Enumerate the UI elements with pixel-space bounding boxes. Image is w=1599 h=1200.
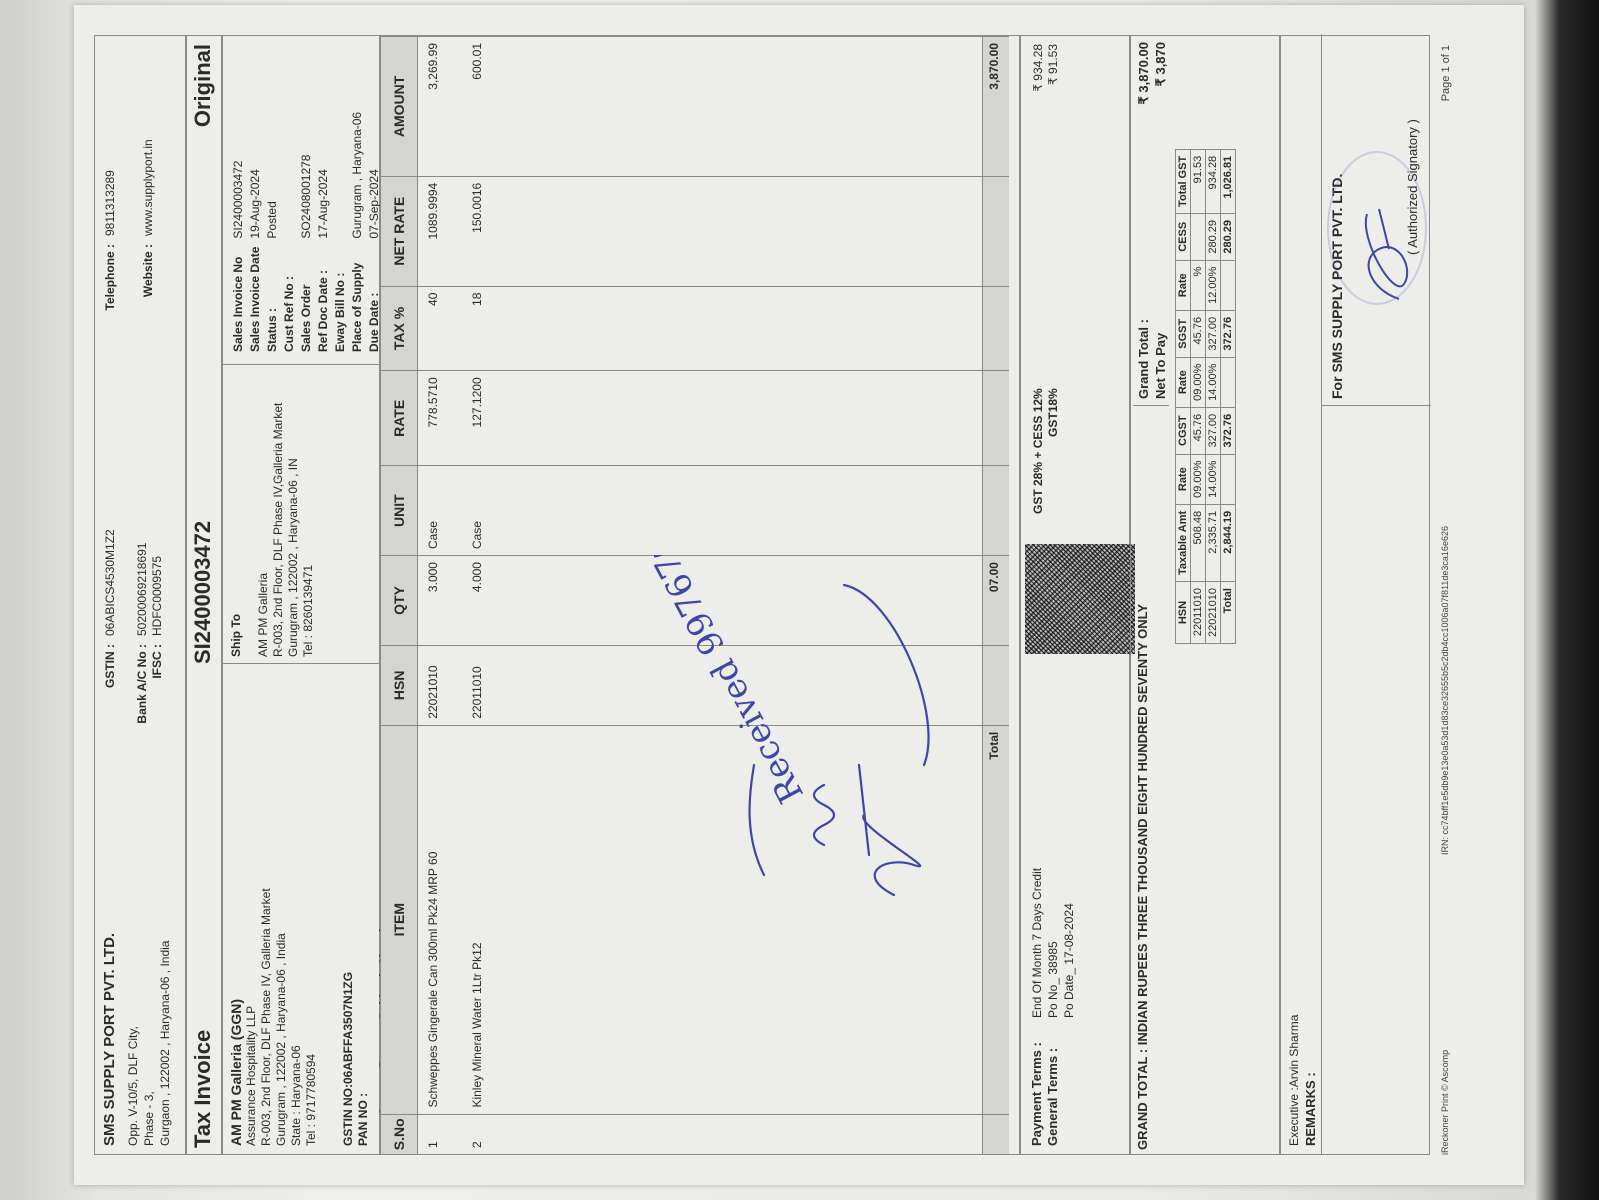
bill-to-pan: PAN NO : [356, 888, 371, 1146]
table-cell: 4.000 [462, 556, 506, 646]
copy-label: Original [190, 44, 216, 127]
invoice-meta: Sales Invoice NoSI2400003472Sales Invoic… [229, 104, 384, 354]
meta-value: Posted [265, 106, 280, 239]
invoice-sheet: SMS SUPPLY PORT PVT. LTD. Opp. V-10/5, D… [74, 5, 1524, 1185]
hsn-cell [1191, 213, 1206, 260]
hsn-cell: 14.00% [1206, 454, 1221, 504]
meta-value: 17-Aug-2024 [316, 106, 331, 239]
column-header: ITEM [381, 725, 418, 1114]
meta-value: SI2400003472 [231, 106, 246, 239]
table-row: 1Schweppes Gingerale Can 300ml Pk24 MRP … [418, 37, 463, 1155]
column-header: NET RATE [381, 176, 418, 286]
hsn-cell: 12.00% [1206, 260, 1221, 310]
hsn-row: 220210102,335.7114.00%327.0014.00%327.00… [1206, 149, 1221, 643]
meta-row: Ref Doc Date :17-Aug-2024 [316, 106, 331, 352]
general-terms-label: General Terms : [1045, 1042, 1061, 1146]
table-cell: 40 [418, 286, 463, 371]
meta-value: 19-Aug-2024 [248, 106, 263, 239]
meta-label: Ref Doc Date : [316, 241, 331, 352]
grand-total-value: ₹ 3,870.00 [1135, 42, 1152, 105]
meta-value: SO2408001278 [299, 106, 314, 239]
table-row: 2Kinley Mineral Water 1Ltr Pk12220110104… [462, 37, 506, 1155]
print-credit: iReckoner Print © Ascomp [1440, 1050, 1450, 1155]
meta-label: Eway Bill No : [333, 241, 348, 352]
table-cell: 600.01 [462, 37, 506, 177]
seller-header: SMS SUPPLY PORT PVT. LTD. Opp. V-10/5, D… [94, 35, 186, 1155]
footer-section: Executive :Arvin Sharma REMARKS : For SM… [1280, 35, 1430, 1155]
ship-to-line: Gurugram , 122002 , Haryana-06 , IN [286, 371, 301, 657]
hsn-cell: 280.29 [1221, 213, 1236, 260]
bill-to-gstin: GSTIN NO:06ABFFA3507N1ZG [341, 888, 356, 1146]
hsn-row: Total2,844.19372.76372.76280.291,026.81 [1221, 149, 1236, 643]
hsn-cell [1221, 260, 1236, 310]
seller-bank: Bank A/C No :50200069218691 [135, 543, 149, 784]
hsn-cell: Total [1221, 582, 1236, 644]
general-terms-line: Po Date_ 17-08-2024 [1061, 868, 1077, 1018]
table-cell: Case [462, 466, 506, 556]
ship-to-line: R-003, 2nd Floor, DLF Phase IV,Galleria … [271, 371, 286, 657]
hsn-cell: 372.76 [1221, 407, 1236, 454]
items-total-row: Total07.003,870.00 [983, 37, 1010, 1155]
hsn-cell: 2,844.19 [1221, 504, 1236, 581]
payment-terms-value: End Of Month 7 Days Credit [1029, 868, 1045, 1018]
bill-to-line: R-003, 2nd Floor, DLF Phase IV, Galleria… [259, 888, 274, 1146]
meta-row: Sales Invoice NoSI2400003472 [231, 106, 246, 352]
meta-row: Sales OrderSO2408001278 [299, 106, 314, 352]
table-cell: 18 [462, 286, 506, 371]
table-cell: Kinley Mineral Water 1Ltr Pk12 [462, 725, 506, 1114]
hsn-cell: 09.00% [1191, 357, 1206, 407]
hsn-cell: 327.00 [1206, 310, 1221, 357]
bill-to-line: Assurance Hospitality LLP [244, 888, 259, 1146]
hsn-summary-table: HSNTaxable AmtRateCGSTRateSGSTRateCESSTo… [1175, 149, 1236, 644]
tax-summary-amounts: ₹ 934.28 ₹ 91.53 [1031, 44, 1061, 92]
total-label: Total [983, 725, 1010, 1114]
bill-to-line: Tel : 9717780594 [304, 888, 319, 1146]
hsn-column-header: CESS [1176, 213, 1191, 260]
table-cell: 1089.9994 [418, 176, 463, 286]
bill-to-line: State : Haryana-06 [289, 888, 304, 1146]
meta-label: Sales Order [299, 241, 314, 352]
hsn-column-header: Total GST [1176, 149, 1191, 213]
meta-row: Sales Invoice Date19-Aug-2024 [248, 106, 263, 352]
grand-total-section: GRAND TOTAL : INDIAN RUPEES THREE THOUSA… [1130, 35, 1280, 1155]
hsn-cell: 14.00% [1206, 357, 1221, 407]
remarks-label: REMARKS : [1303, 1072, 1318, 1146]
qr-code [1025, 544, 1135, 654]
seller-ifsc: IFSC :HDFC0009575 [150, 556, 164, 784]
table-cell: 127.1200 [462, 371, 506, 466]
table-cell: 150.0016 [462, 176, 506, 286]
net-to-pay-value: ₹ 3,870 [1152, 42, 1169, 105]
hsn-cell: 45.76 [1191, 407, 1206, 454]
hsn-column-header: Taxable Amt [1176, 504, 1191, 581]
general-terms-line: Po No_ 38985 [1045, 868, 1061, 1018]
table-cell: 22011010 [462, 645, 506, 725]
hsn-column-header: CGST [1176, 407, 1191, 454]
column-header: S.No [381, 1114, 418, 1154]
tax-summary-labels: GST 28% + CESS 12% GST18% [1031, 388, 1061, 514]
column-header: QTY [381, 556, 418, 646]
hsn-column-header: Rate [1176, 357, 1191, 407]
meta-row: Cust Ref No : [282, 106, 297, 352]
hsn-cell: 327.00 [1206, 407, 1221, 454]
meta-label: Status : [265, 241, 280, 352]
hsn-column-header: SGST [1176, 310, 1191, 357]
title-bar: Tax Invoice SI2400003472 Original [186, 35, 222, 1155]
table-cell: 778.5710 [418, 371, 463, 466]
hsn-cell: 22011010 [1191, 582, 1206, 644]
meta-value [282, 106, 297, 239]
seller-telephone: Telephone :9811313289 [103, 170, 117, 334]
meta-label: Sales Invoice Date [248, 241, 263, 352]
column-header: TAX % [381, 286, 418, 371]
table-cell: Case [418, 466, 463, 556]
meta-value: Gurugram , Haryana-06 [350, 106, 365, 239]
page-number: Page 1 of 1 [1440, 45, 1452, 101]
hsn-cell: 2,335.71 [1206, 504, 1221, 581]
seller-address: Opp. V-10/5, DLF City, Phase - 3, Gurgao… [125, 941, 173, 1146]
meta-label: Sales Invoice No [231, 241, 246, 352]
column-header: HSN [381, 645, 418, 725]
terms-section: Payment Terms : General Terms : End Of M… [1020, 35, 1130, 1155]
hsn-cell: 09.00% [1191, 454, 1206, 504]
parties-section: AM PM Galleria (GGN) Assurance Hospitali… [222, 35, 380, 1155]
seller-website: Website :www.supplyport.in [141, 139, 155, 334]
hsn-cell: 22021010 [1206, 582, 1221, 644]
svg-text:Received 9976765780: Received 9976765780 [654, 555, 812, 810]
executive-name: Executive :Arvin Sharma [1287, 1015, 1301, 1146]
print-footer: iReckoner Print © Ascomp IRN: cc74bff1e5… [1440, 35, 1450, 1155]
bill-to: AM PM Galleria (GGN) Assurance Hospitali… [229, 888, 392, 1146]
hsn-cell: 45.76 [1191, 310, 1206, 357]
hsn-column-header: Rate [1176, 454, 1191, 504]
ship-to-line: Tel : 8260139471 [301, 371, 316, 657]
signature-box: For SMS SUPPLY PORT PVT. LTD. ( Authoriz… [1321, 33, 1431, 406]
hsn-cell: 372.76 [1221, 310, 1236, 357]
column-header: RATE [381, 371, 418, 466]
hsn-cell: 1,026.81 [1221, 149, 1236, 213]
grand-total-box: Grand Total : Net To Pay ₹ 3,870.00 ₹ 3,… [1133, 34, 1169, 406]
column-header: UNIT [381, 466, 418, 556]
hsn-cell: 91.53 [1191, 149, 1206, 213]
meta-row: Status :Posted [265, 106, 280, 352]
hsn-column-header: HSN [1176, 582, 1191, 644]
ship-to: Ship To AM PM Galleria R-003, 2nd Floor,… [223, 364, 381, 664]
hsn-cell [1221, 357, 1236, 407]
meta-label: Place of Supply [350, 241, 365, 352]
irn-number: IRN: cc74bff1e5db9e13e0a53d1d83ce32655b5… [1440, 526, 1450, 855]
ship-to-label: Ship To [229, 371, 244, 657]
hsn-row: 22011010508.4809.00%45.7609.00%45.76%91.… [1191, 149, 1206, 643]
seller-name: SMS SUPPLY PORT PVT. LTD. [101, 933, 118, 1146]
hsn-cell: 280.29 [1206, 213, 1221, 260]
bill-to-line: Gurugram , 122002 , Haryana-06 , India [274, 888, 289, 1146]
total-amount: 3,870.00 [983, 37, 1010, 177]
meta-row: Eway Bill No : [333, 106, 348, 352]
bill-to-name: AM PM Galleria (GGN) [229, 888, 244, 1146]
hsn-cell [1221, 454, 1236, 504]
document-number: SI2400003472 [190, 521, 216, 664]
meta-label: Cust Ref No : [282, 241, 297, 352]
hsn-cell: 934.28 [1206, 149, 1221, 213]
table-cell: 3,269.99 [418, 37, 463, 177]
handwritten-note-icon: Received 9976765780 [654, 555, 954, 915]
payment-terms-label: Payment Terms : [1029, 1042, 1045, 1146]
table-cell: 1 [418, 1114, 463, 1154]
meta-value [333, 106, 348, 239]
column-header: AMOUNT [381, 37, 418, 177]
amount-in-words: GRAND TOTAL : INDIAN RUPEES THREE THOUSA… [1135, 604, 1150, 1150]
table-cell: 2 [462, 1114, 506, 1154]
total-qty: 07.00 [983, 556, 1010, 646]
hsn-cell: 508.48 [1191, 504, 1206, 581]
authorized-signatory-label: ( Authorized Signatory ) [1405, 119, 1420, 255]
table-cell: 22021010 [418, 645, 463, 725]
document-title: Tax Invoice [190, 1030, 216, 1148]
table-cell: Schweppes Gingerale Can 300ml Pk24 MRP 6… [418, 725, 463, 1114]
hsn-column-header: Rate [1176, 260, 1191, 310]
ship-to-line: AM PM Galleria [256, 371, 271, 657]
hsn-cell: % [1191, 260, 1206, 310]
meta-row: Place of SupplyGurugram , Haryana-06 [350, 106, 365, 352]
table-cell: 3.000 [418, 556, 463, 646]
seller-gstin: GSTIN :06ABICS4530M1Z2 [103, 529, 117, 724]
